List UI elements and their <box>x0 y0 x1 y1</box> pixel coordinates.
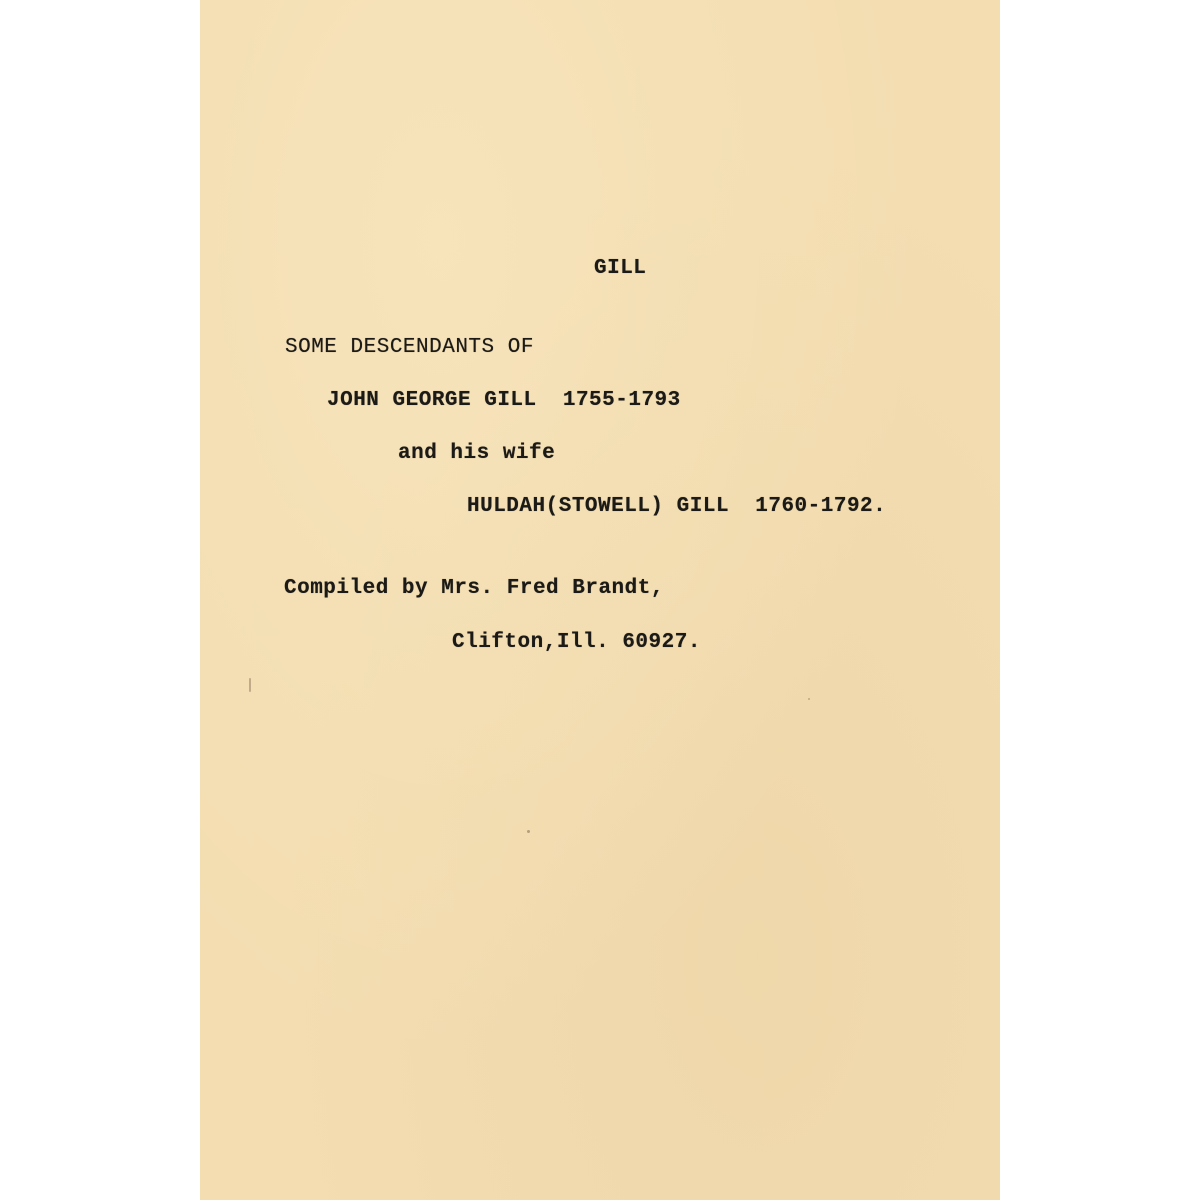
subtitle-line-2: JOHN GEORGE GILL 1755-1793 <box>327 390 681 411</box>
subtitle-line-4: HULDAH(STOWELL) GILL 1760-1792. <box>467 496 886 517</box>
paper-speck <box>249 678 251 692</box>
document-title: GILL <box>594 258 646 279</box>
subtitle-line-1: SOME DESCENDANTS OF <box>285 337 534 358</box>
subtitle-line-3: and his wife <box>398 443 555 464</box>
paper-speck <box>808 698 810 700</box>
paper-speck <box>527 830 530 833</box>
typewritten-page: GILL SOME DESCENDANTS OF JOHN GEORGE GIL… <box>200 0 1000 1200</box>
compiler-line-1: Compiled by Mrs. Fred Brandt, <box>284 578 664 599</box>
compiler-line-2: Clifton,Ill. 60927. <box>452 632 701 653</box>
